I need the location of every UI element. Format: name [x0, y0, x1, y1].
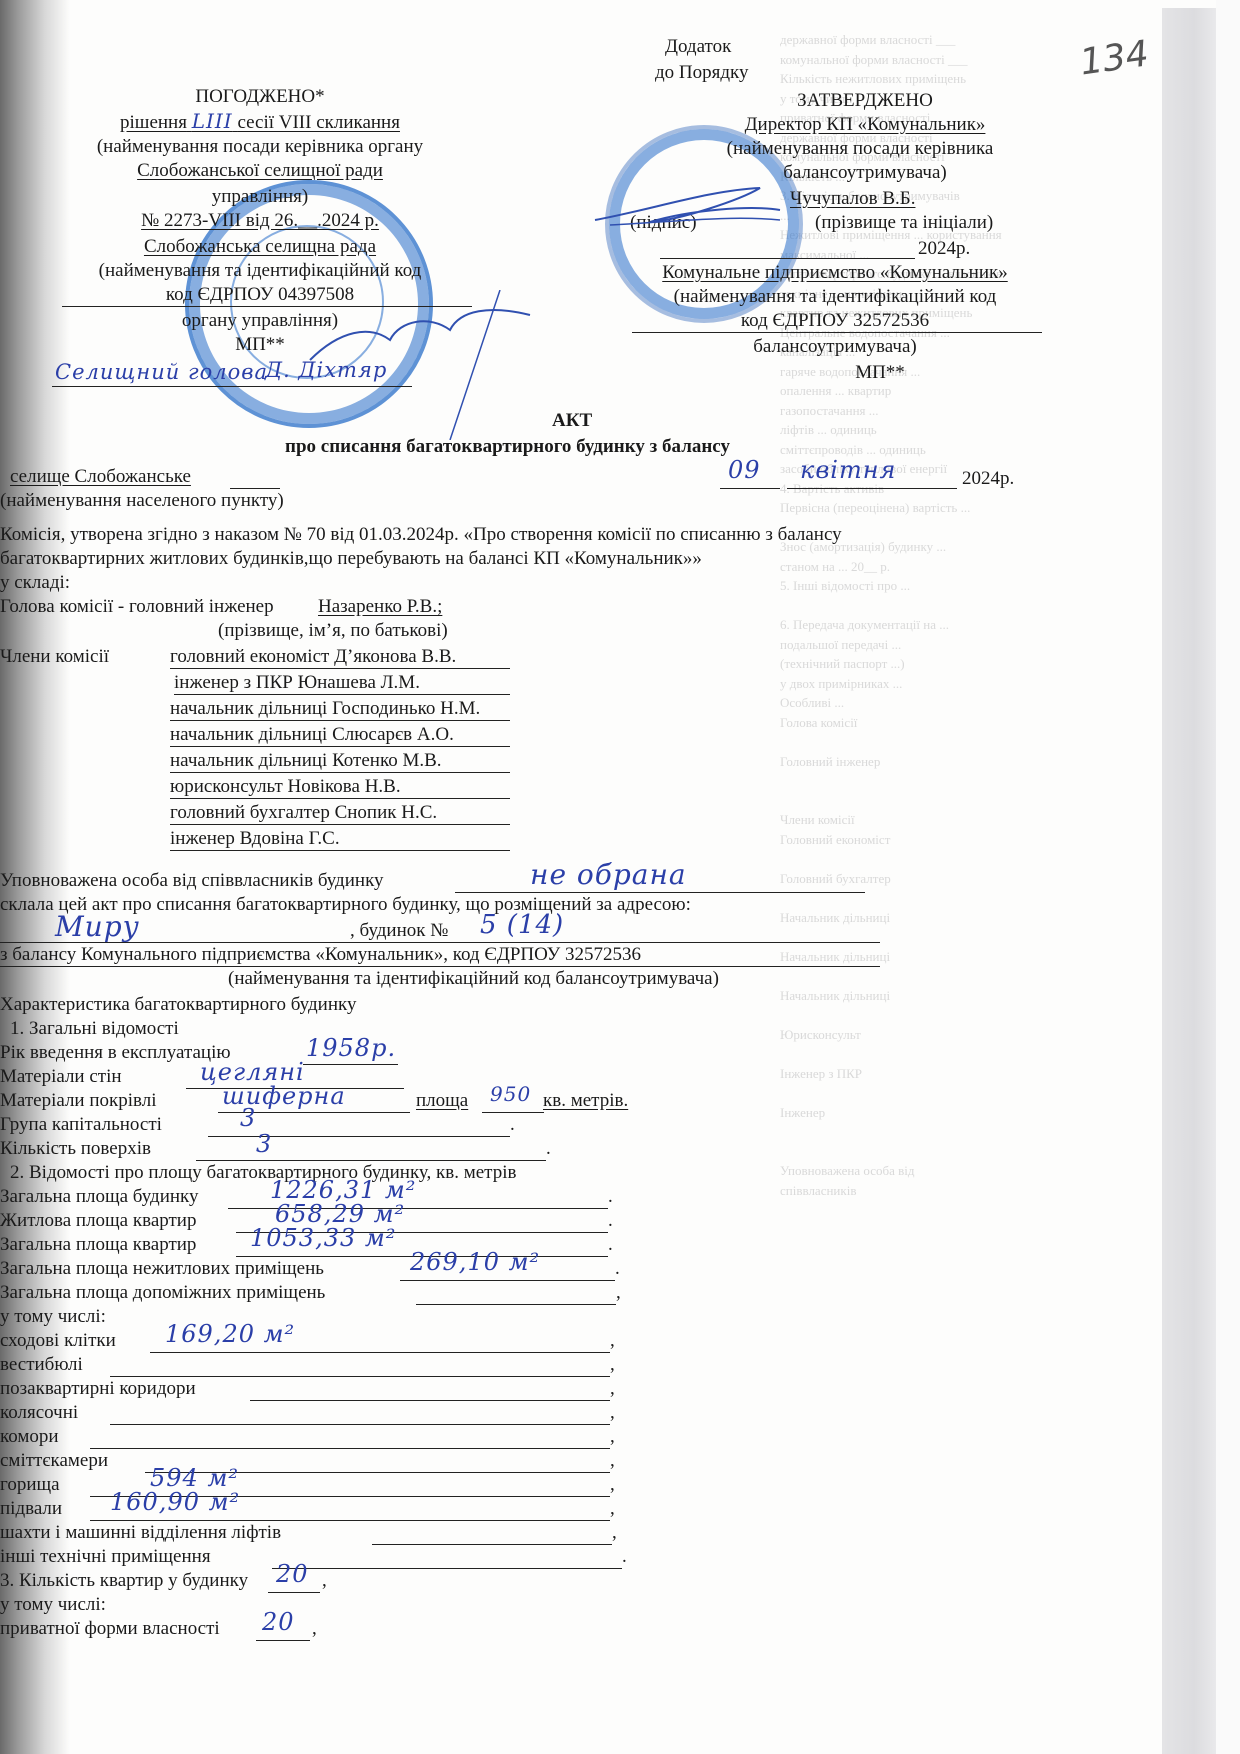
capital-label: Група капітальності	[0, 1114, 162, 1136]
member-item: головний бухгалтер Снопик Н.С.	[170, 802, 510, 825]
area-row-end: .	[608, 1186, 613, 1208]
decision-number: № 2273-VIII від 26.__.2024 р.	[60, 210, 460, 232]
private-end: ,	[312, 1618, 317, 1640]
member-item: начальник дільниці Господинько Н.М.	[170, 698, 510, 721]
aux-row-end: ,	[610, 1402, 615, 1424]
area-row-end: .	[608, 1210, 613, 1232]
private-handwritten: 20	[262, 1608, 295, 1636]
approver-name: Чучупалов В.Б.	[790, 188, 915, 210]
capital-line	[208, 1136, 510, 1137]
private-line	[256, 1640, 310, 1641]
intro-line-3: у складі:	[0, 572, 70, 594]
areas-heading: 2. Відомості про площу багатоквартирного…	[10, 1162, 516, 1184]
member-item: головний економіст Д’яконова В.В.	[170, 646, 510, 669]
aux-row-line	[110, 1424, 610, 1425]
year-line	[303, 1064, 398, 1065]
aux-row-end: .	[622, 1546, 627, 1568]
name-caption: (прізвище та ініціали)	[815, 212, 993, 234]
floors-handwritten: 3	[256, 1130, 272, 1158]
aux-row-end: ,	[610, 1474, 615, 1496]
decision-suffix: сесії VIII скликання	[237, 112, 400, 133]
balance-caption: (найменування та ідентифікаційний код ба…	[228, 968, 719, 990]
authorized-label: Уповноважена особа від співвласників буд…	[0, 870, 384, 892]
area-row-label: Житлова площа квартир	[0, 1210, 196, 1232]
apartments-end: ,	[322, 1570, 327, 1592]
council-head-signature	[300, 290, 550, 440]
aux-row-value: 160,90 м²	[110, 1488, 240, 1516]
settlement-caption: (найменування населеного пункту)	[0, 490, 284, 512]
aux-row-end: ,	[610, 1498, 615, 1520]
member-item: начальник дільниці Слюсарєв А.О.	[170, 724, 510, 747]
floors-line	[196, 1160, 546, 1161]
street-handwritten: Миру	[55, 910, 140, 943]
aux-row-line	[90, 1448, 610, 1449]
aux-row-end: ,	[610, 1330, 615, 1352]
member-item: начальник дільниці Котенко М.В.	[170, 750, 510, 773]
apartments-line	[268, 1592, 320, 1593]
org-code: код ЄДРПОУ 32572536	[620, 310, 1050, 332]
intro-line-2: багатоквартирних житлових будинків,що пе…	[0, 548, 702, 570]
aux-row-line	[90, 1520, 610, 1521]
aux-row-label: горища	[0, 1474, 60, 1496]
approver-org: Комунальне підприємство «Комунальник»	[620, 262, 1050, 284]
roof-area-label: площа	[416, 1090, 468, 1112]
year-label: Рік введення в експлуатацію	[0, 1042, 231, 1064]
agreed-caption-1: (найменування посади керівника органу	[50, 136, 470, 158]
aux-row-end: ,	[610, 1378, 615, 1400]
roof-label: Матеріали покрівлі	[0, 1090, 157, 1112]
area-row-line	[400, 1280, 615, 1281]
agreed-caption-3: (найменування та ідентифікаційний код	[50, 260, 470, 282]
date-month-handwritten: квітня	[800, 456, 896, 484]
agreed-caption-2: управління)	[60, 186, 460, 208]
aux-row-line	[372, 1544, 612, 1545]
date-month-line	[787, 488, 957, 489]
approved-heading: ЗАТВЕРДЖЕНО	[700, 90, 1030, 112]
council-full-name: Слобожанська селищна рада	[60, 236, 460, 258]
including-label-2: у тому числі:	[0, 1594, 106, 1616]
aux-row-line	[250, 1400, 610, 1401]
aux-row-label: комори	[0, 1426, 59, 1448]
area-row-label: Загальна площа квартир	[0, 1234, 196, 1256]
house-label: , будинок №	[350, 920, 448, 942]
scan-margin	[1216, 0, 1240, 1754]
aux-row-label: шахти і машинні відділення ліфтів	[0, 1522, 281, 1544]
approval-date-line	[660, 258, 915, 259]
date-day-line	[720, 488, 780, 489]
aux-row-label: вестибюлі	[0, 1354, 83, 1376]
scan-edge-bar	[1162, 8, 1216, 1754]
decision-line: рішення LIII сесії VIII скликання	[60, 110, 460, 134]
apartments-handwritten: 20	[276, 1560, 309, 1588]
act-subtitle: про списання багатоквартирного будинку з…	[285, 436, 730, 458]
roof-area-line	[482, 1112, 544, 1113]
area-row-label: Загальна площа будинку	[0, 1186, 199, 1208]
aux-row-label: сміттєкамери	[0, 1450, 108, 1472]
member-item: інженер з ПКР Юнашева Л.М.	[174, 672, 510, 695]
private-label: приватної форми власності	[0, 1618, 220, 1640]
area-row-value: 269,10 м²	[410, 1248, 540, 1276]
council-name: Слобожанської селищної ради	[60, 160, 460, 182]
roof-area-handwritten: 950	[490, 1082, 531, 1106]
aux-row-label: підвали	[0, 1498, 62, 1520]
member-item: юрисконсульт Новікова Н.В.	[170, 776, 510, 799]
area-row-end: ,	[616, 1282, 621, 1304]
approver-seal: МП**	[780, 362, 980, 384]
org-caption-1: (найменування та ідентифікаційний код	[620, 286, 1050, 308]
aux-row-end: ,	[610, 1450, 615, 1472]
aux-row-line	[110, 1376, 610, 1377]
members-label: Члени комісії	[0, 646, 109, 668]
date-year: 2024р.	[962, 468, 1014, 490]
authorized-line	[455, 892, 865, 893]
approver-position: Директор КП «Комунальник»	[700, 114, 1030, 136]
decision-session-handwritten: LIII	[192, 109, 233, 133]
aux-row-label: колясочні	[0, 1402, 78, 1424]
area-row-value: 1053,33 м²	[250, 1224, 396, 1252]
member-item: інженер Вдовіна Г.С.	[170, 828, 510, 851]
org-caption-2: балансоутримувача)	[620, 336, 1050, 358]
aux-row-label: інші технічні приміщення	[0, 1546, 211, 1568]
aux-row-end: ,	[612, 1522, 617, 1544]
floors-label: Кількість поверхів	[0, 1138, 151, 1160]
approver-caption-1: (найменування посади керівника	[680, 138, 1040, 160]
roof-area-unit: кв. метрів.	[543, 1090, 628, 1112]
characteristics-heading: Характеристика багатоквартирного будинку	[0, 994, 356, 1016]
document-page: державної форми власності ___ комунально…	[0, 0, 1240, 1754]
director-signature	[590, 180, 790, 240]
house-number-handwritten: 5 (14)	[480, 910, 564, 940]
intro-line-1: Комісія, утворена згідно з наказом № 70 …	[0, 524, 842, 546]
signer-title-handwritten: Селищний голова	[55, 360, 268, 384]
area-row-end: .	[608, 1234, 613, 1256]
aux-row-line	[150, 1352, 610, 1353]
area-row-line	[416, 1304, 616, 1305]
aux-row-line	[272, 1568, 622, 1569]
decision-prefix: рішення	[120, 112, 187, 133]
year-handwritten: 1958р.	[306, 1034, 396, 1062]
general-heading: 1. Загальні відомості	[10, 1018, 179, 1040]
walls-label: Матеріали стін	[0, 1066, 122, 1088]
org-code-line	[632, 332, 1042, 333]
floors-end: .	[546, 1138, 551, 1160]
balance-line: з балансу Комунального підприємства «Ком…	[0, 944, 880, 967]
area-row-label: Загальна площа допоміжних приміщень	[0, 1282, 325, 1304]
agreed-heading: ПОГОДЖЕНО*	[60, 86, 460, 108]
chair-name-caption: (прізвище, ім’я, по батькові)	[218, 620, 448, 642]
aux-row-end: ,	[610, 1426, 615, 1448]
area-row-label: Загальна площа нежитлових приміщень	[0, 1258, 324, 1280]
settlement-line	[230, 488, 280, 489]
order-label: до Порядку	[655, 62, 749, 84]
aux-row-value: 169,20 м²	[165, 1320, 295, 1348]
area-row-end: .	[615, 1258, 620, 1280]
aux-row-label: сходові клітки	[0, 1330, 116, 1352]
date-day-handwritten: 09	[728, 456, 761, 484]
chair-name: Назаренко Р.В.;	[318, 596, 442, 618]
including-label: у тому числі:	[0, 1306, 106, 1328]
act-title: АКТ	[552, 410, 592, 432]
settlement-name: селище Слобожанське	[10, 466, 191, 488]
chair-label: Голова комісії - головний інженер	[0, 596, 274, 618]
capital-handwritten: 3	[240, 1104, 256, 1132]
aux-row-label: позаквартирні коридори	[0, 1378, 196, 1400]
appendix-label: Додаток	[665, 36, 731, 58]
authorized-value-handwritten: не обрана	[530, 858, 687, 891]
apartments-label: 3. Кількість квартир у будинку	[0, 1570, 248, 1592]
capital-end: .	[510, 1114, 515, 1136]
approval-date-year: 2024р.	[918, 238, 970, 260]
aux-row-end: ,	[610, 1354, 615, 1376]
